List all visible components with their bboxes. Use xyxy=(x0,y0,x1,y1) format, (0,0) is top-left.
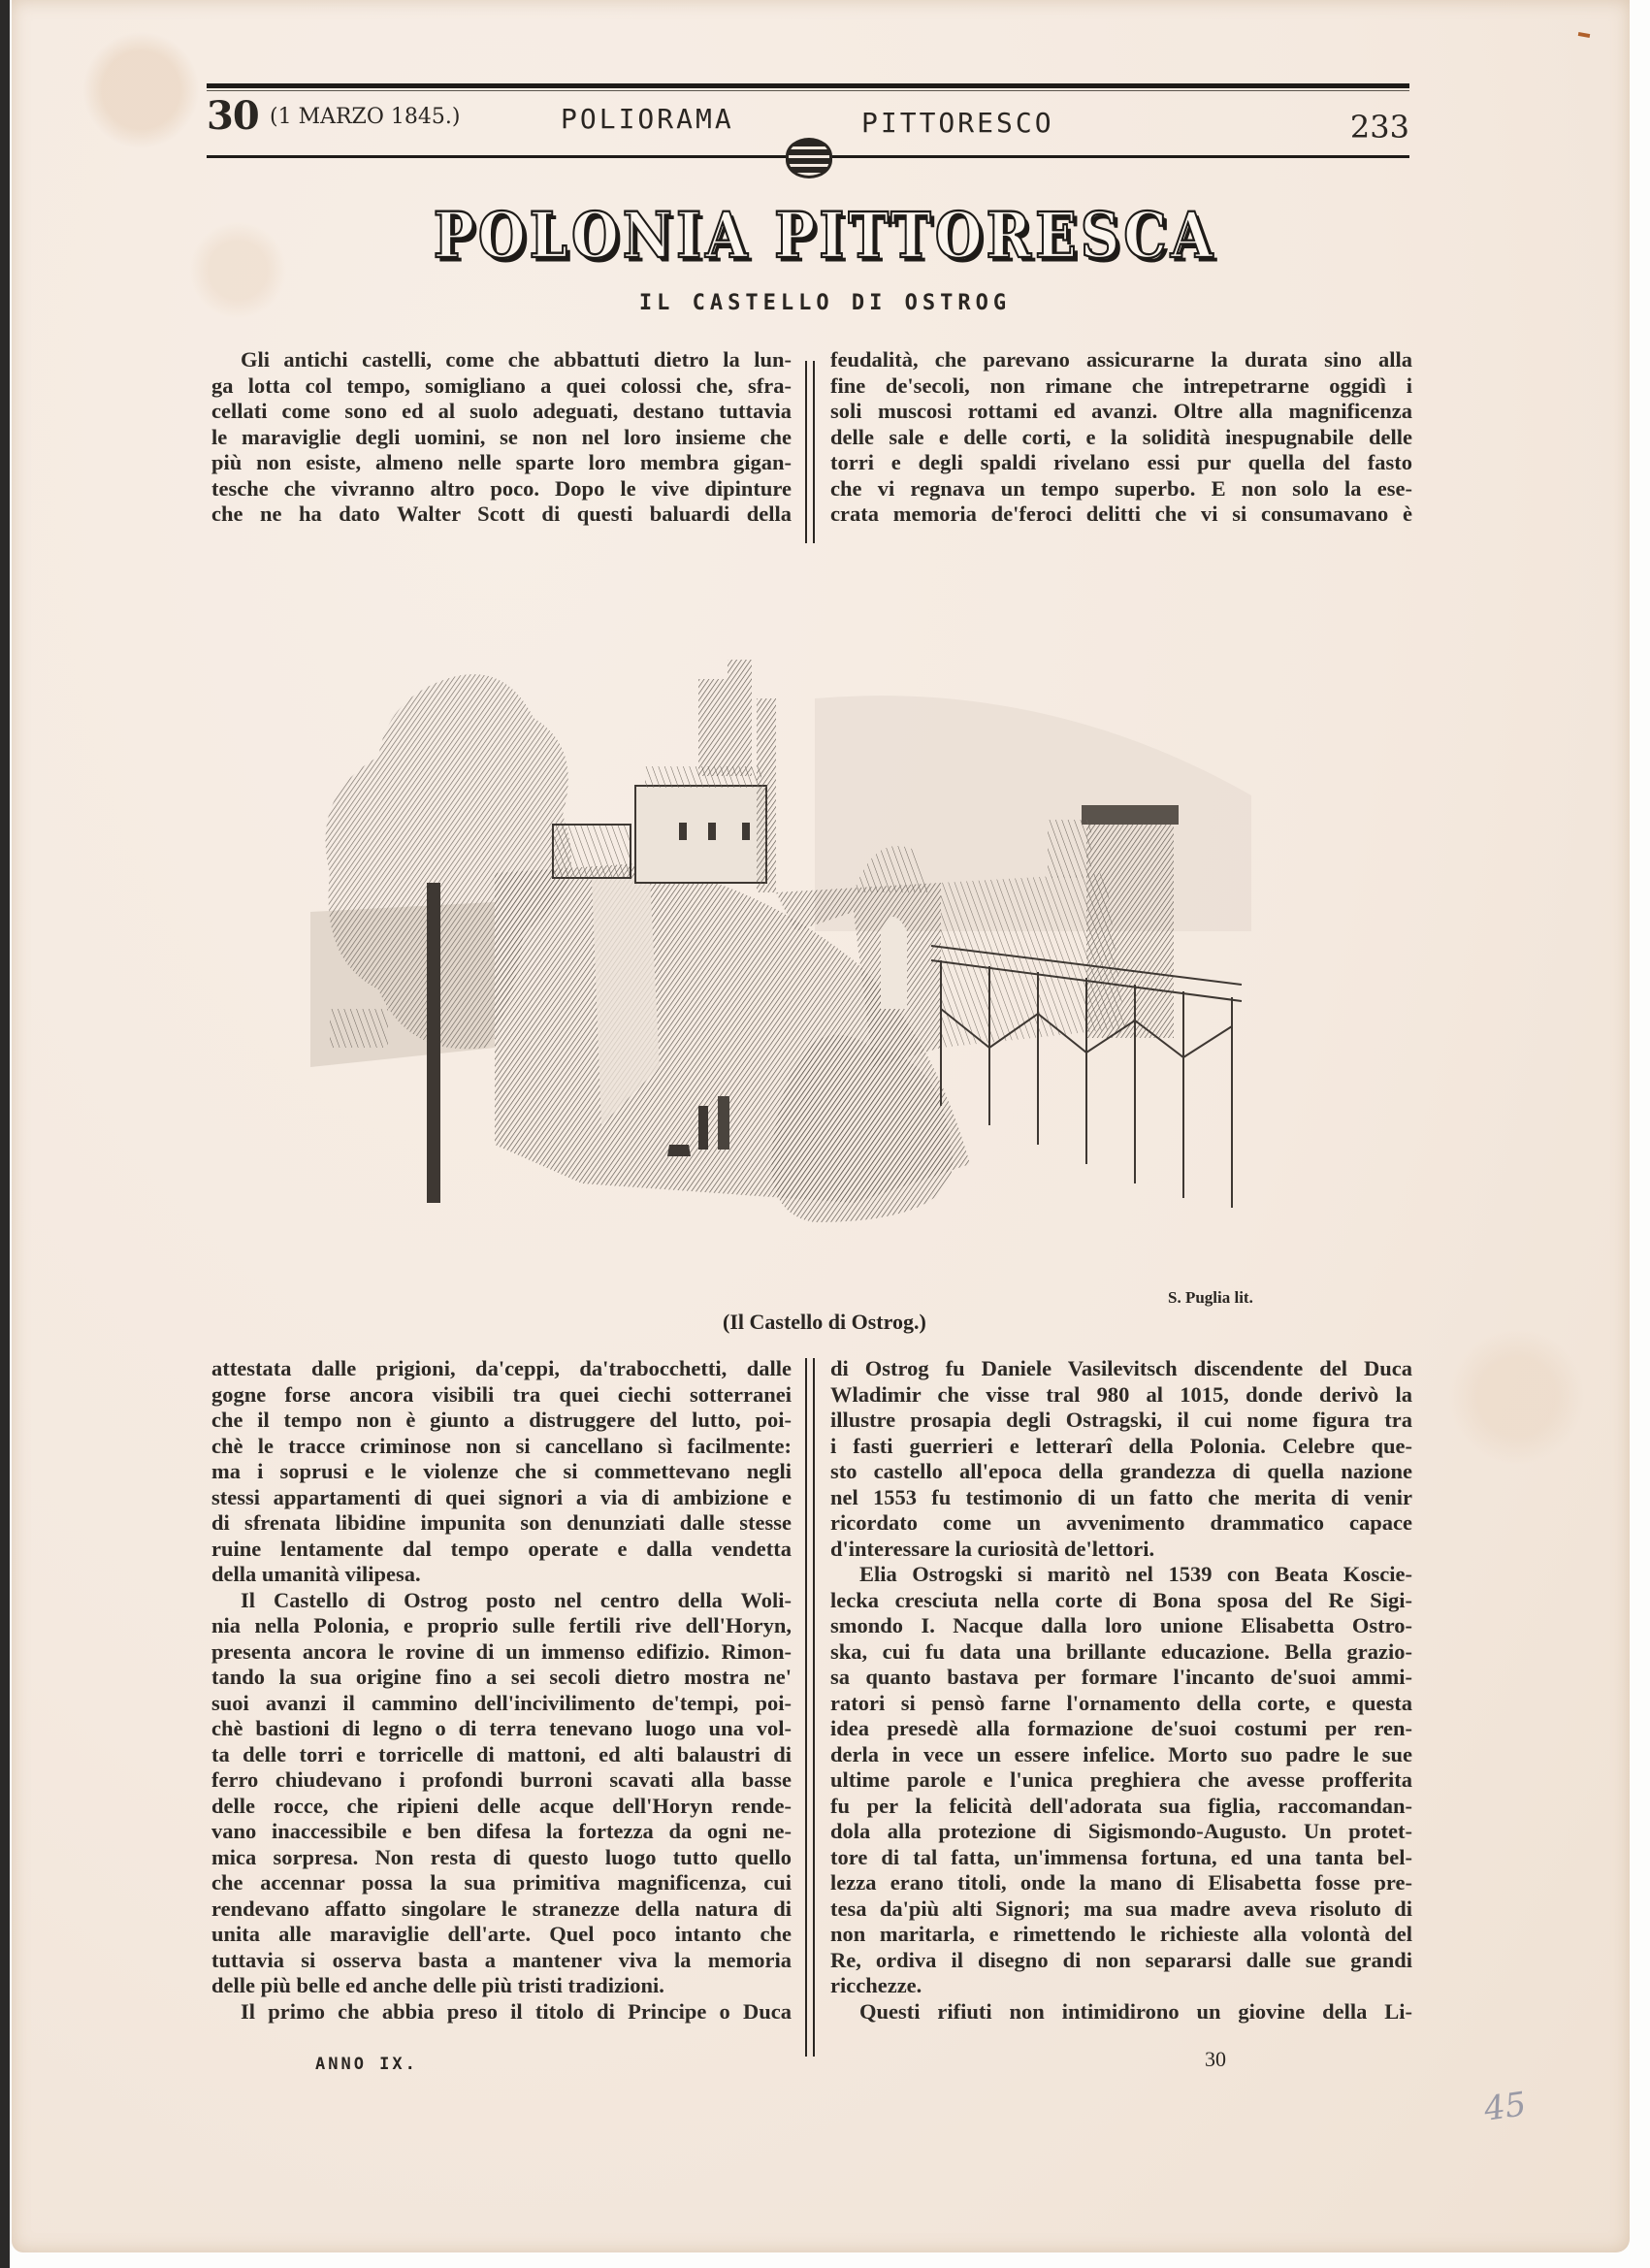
paragraph: Il Castello di Ostrog posto nel centro d… xyxy=(211,1588,792,1999)
text-line: crata memoria de'feroci delitti che vi s… xyxy=(830,502,1412,528)
text-line: Wladimir che visse tral 980 al 1015, don… xyxy=(830,1382,1412,1409)
text-line: ricchezze. xyxy=(830,1973,1412,1999)
column-divider-bottom xyxy=(805,1358,815,2057)
text-line: lezza erano titoli, onde la mano di Elis… xyxy=(830,1870,1412,1896)
figure-caption: (Il Castello di Ostrog.) xyxy=(723,1310,926,1335)
castle-lithograph-image xyxy=(272,640,1261,1222)
text-line: Questi rifiuti non intimidirono un giovi… xyxy=(830,1999,1412,2025)
paragraph: feudalità, che parevano assicurarne la d… xyxy=(830,347,1412,528)
text-line: tore di tal fatta, un'immensa fortuna, e… xyxy=(830,1845,1412,1871)
text-line: della umanità vilipesa. xyxy=(211,1562,792,1588)
text-line: delle rocce, che ripieni delle acque del… xyxy=(211,1794,792,1820)
text-line: nel 1553 fu testimonio di un fatto che m… xyxy=(830,1485,1412,1511)
castle-illustration xyxy=(272,640,1261,1222)
text-line: Il Castello di Ostrog posto nel centro d… xyxy=(211,1588,792,1614)
text-line: attestata dalle prigioni, da'ceppi, da't… xyxy=(211,1356,792,1382)
page-number: 233 xyxy=(1350,109,1409,146)
text-line: ska, cui fu data una brillante educazion… xyxy=(830,1639,1412,1666)
text-line: delle sale e delle corti, e la solidità … xyxy=(830,425,1412,451)
column-bottom-right: di Ostrog fu Daniele Vasilevitsch discen… xyxy=(830,1356,1412,2025)
text-line: cellati come sono ed al suolo adeguati, … xyxy=(211,399,792,425)
text-line: Gli antichi castelli, come che abbattuti… xyxy=(211,347,792,373)
text-line: stessi appartamenti di quei signori a vi… xyxy=(211,1485,792,1511)
article-subtitle: IL CASTELLO DI OSTROG xyxy=(0,291,1650,315)
text-line: che accennar possa la sua primitiva magn… xyxy=(211,1870,792,1896)
text-line: non maritarla, e rimettendo le richieste… xyxy=(830,1922,1412,1948)
text-line: che il tempo non è giunto a distruggere … xyxy=(211,1408,792,1434)
text-line: feudalità, che parevano assicurarne la d… xyxy=(830,347,1412,373)
column-divider-top xyxy=(805,361,815,543)
text-line: Il primo che abbia preso il titolo di Pr… xyxy=(211,1999,792,2025)
text-line: derla in vece un essere infelice. Morto … xyxy=(830,1742,1412,1768)
text-line: che ne ha dato Walter Scott di questi ba… xyxy=(211,502,792,528)
column-top-left: Gli antichi castelli, come che abbattuti… xyxy=(211,347,792,528)
column-top-right: feudalità, che parevano assicurarne la d… xyxy=(830,347,1412,528)
page-header: 30 (1 MARZO 1845.) POLIORAMA PITTORESCO … xyxy=(207,83,1409,157)
text-line: ruine lentamente dal tempo operate e dal… xyxy=(211,1537,792,1563)
oval-ornament-icon xyxy=(786,138,832,178)
paragraph: Elia Ostrogski si maritò nel 1539 con Be… xyxy=(830,1562,1412,1999)
lithographer-credit: S. Puglia lit. xyxy=(1168,1288,1253,1308)
text-line: chè bastioni di legno o di terra tenevan… xyxy=(211,1716,792,1742)
text-line: i fasti guerrieri e letterarî della Polo… xyxy=(830,1434,1412,1460)
text-line: unita alle maraviglie dell'arte. Quel po… xyxy=(211,1922,792,1948)
text-line: ta delle torri e torricelle di mattoni, … xyxy=(211,1742,792,1768)
text-line: Elia Ostrogski si maritò nel 1539 con Be… xyxy=(830,1562,1412,1588)
text-line: Re, ordiva il disegno di non separarsi d… xyxy=(830,1948,1412,1974)
text-line: fine de'secoli, non rimane che intrepetr… xyxy=(830,373,1412,400)
paragraph: Questi rifiuti non intimidirono un giovi… xyxy=(830,1999,1412,2025)
paragraph: attestata dalle prigioni, da'ceppi, da't… xyxy=(211,1356,792,1588)
text-line: più non esiste, almeno nelle sparte loro… xyxy=(211,450,792,476)
text-line: le maraviglie degli uomini, se non nel l… xyxy=(211,425,792,451)
text-line: mica sorpresa. Non resta di questo luogo… xyxy=(211,1845,792,1871)
text-line: fu per la felicità dell'adorata sua figl… xyxy=(830,1794,1412,1820)
signature-mark: 30 xyxy=(1205,2047,1226,2072)
text-line: lecka cresciuta nella corte di Bona spos… xyxy=(830,1588,1412,1614)
text-line: chè le tracce criminose non si cancellan… xyxy=(211,1434,792,1460)
text-line: sto castello all'epoca della grandezza d… xyxy=(830,1459,1412,1485)
text-line: vano inaccessibile e ben difesa la forte… xyxy=(211,1819,792,1845)
text-line: tesche che vivranno altro poco. Dopo le … xyxy=(211,476,792,502)
pencil-annotation: 45 xyxy=(1481,2085,1528,2129)
text-line: tando la sua origine fino a sei secoli d… xyxy=(211,1665,792,1691)
journal-title-left: POLIORAMA xyxy=(561,103,734,135)
text-line: rendevano affatto singolare le stranezze… xyxy=(211,1896,792,1923)
text-line: gogne forse ancora visibili tra quei cie… xyxy=(211,1382,792,1409)
text-line: sa quanto bastava per formare l'incanto … xyxy=(830,1665,1412,1691)
issue-number: 30 xyxy=(207,93,259,139)
volume-label: ANNO IX. xyxy=(315,2055,418,2074)
text-line: delle più belle ed anche delle più trist… xyxy=(211,1973,792,1999)
text-line: ultime parole e l'unica preghiera che av… xyxy=(830,1767,1412,1794)
column-bottom-left: attestata dalle prigioni, da'ceppi, da't… xyxy=(211,1356,792,2025)
text-line: soli muscosi rottami ed avanzi. Oltre al… xyxy=(830,399,1412,425)
text-line: di sfrenata libidine impunita son denunz… xyxy=(211,1510,792,1537)
text-line: che vi regnava un tempo superbo. E non s… xyxy=(830,476,1412,502)
text-line: ricordato come un avvenimento drammatico… xyxy=(830,1510,1412,1537)
article-title: POLONIA PITTORESCA xyxy=(0,199,1650,273)
paragraph: Il primo che abbia preso il titolo di Pr… xyxy=(211,1999,792,2025)
header-rule-top xyxy=(207,83,1409,88)
issue-date: (1 MARZO 1845.) xyxy=(270,105,460,129)
text-line: smondo I. Nacque dalla loro unione Elisa… xyxy=(830,1613,1412,1639)
text-line: idea presedè alla formazione de'suoi cos… xyxy=(830,1716,1412,1742)
paragraph: Gli antichi castelli, come che abbattuti… xyxy=(211,347,792,528)
text-line: ratori si pensò farne l'ornamento della … xyxy=(830,1691,1412,1717)
paragraph: di Ostrog fu Daniele Vasilevitsch discen… xyxy=(830,1356,1412,1562)
text-line: tesa da'più alti Signori; ma sua madre a… xyxy=(830,1896,1412,1923)
text-line: ga lotta col tempo, somigliano a quei co… xyxy=(211,373,792,400)
text-line: illustre prosapia degli Ostragski, il cu… xyxy=(830,1408,1412,1434)
text-line: ma i soprusi e le violenze che si commet… xyxy=(211,1459,792,1485)
text-line: suoi avanzi il cammino dell'inciviliment… xyxy=(211,1691,792,1717)
text-line: ferro chiudevano i profondi burroni scav… xyxy=(211,1767,792,1794)
text-line: torri e degli spaldi rivelano essi pur q… xyxy=(830,450,1412,476)
text-line: d'interessare la curiosità de'lettori. xyxy=(830,1537,1412,1563)
text-line: tuttavia si osserva basta a mantener viv… xyxy=(211,1948,792,1974)
text-line: di Ostrog fu Daniele Vasilevitsch discen… xyxy=(830,1356,1412,1382)
journal-title-right: PITTORESCO xyxy=(861,107,1054,139)
scan-edge xyxy=(0,0,10,2268)
text-line: dola alla protezione di Sigismondo-Augus… xyxy=(830,1819,1412,1845)
text-line: nia nella Polonia, e proprio sulle ferti… xyxy=(211,1613,792,1639)
text-line: presenta ancora le rovine di un immenso … xyxy=(211,1639,792,1666)
